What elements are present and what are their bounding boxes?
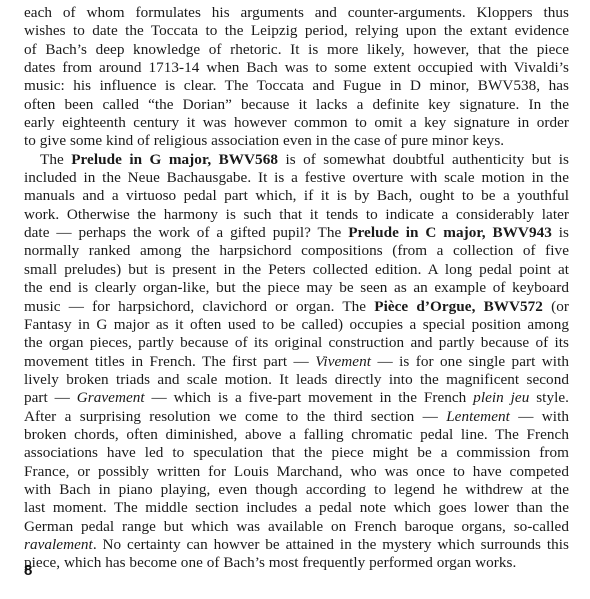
text-run: France, or possibly written for Louis Ma… <box>24 463 569 480</box>
text-line: work. Otherwise the harmony is such that… <box>24 206 569 224</box>
bold-work-title: Prelude in G major, BWV568 <box>71 151 278 168</box>
text-line: wishes to date the Toccata to the Leipzi… <box>24 22 569 40</box>
text-run: The <box>40 151 71 168</box>
text-run: After a surprising resolution we come to… <box>24 408 446 425</box>
text-run: — is for one single part with <box>371 353 569 370</box>
text-run: often been called “the Dorian” because i… <box>24 96 569 113</box>
text-line: ravalement. No certainty can howver be a… <box>24 536 569 554</box>
text-run: the organ pieces, partly because of its … <box>24 334 569 351</box>
italic-term: Gravement <box>77 389 145 406</box>
text-line: often been called “the Dorian” because i… <box>24 96 569 114</box>
text-run: movement titles in French. The first par… <box>24 353 315 370</box>
text-run: Fantasy in G major as it often used to b… <box>24 316 569 333</box>
text-line: small preludes) but is present in the Pe… <box>24 261 569 279</box>
text-line: manuals and a virtuoso pedal part which,… <box>24 187 569 205</box>
page-number: 8 <box>24 562 32 579</box>
text-line: Fantasy in G major as it often used to b… <box>24 316 569 334</box>
text-run: dates from around 1713-14 when Bach was … <box>24 59 569 76</box>
italic-term: plein jeu <box>473 389 529 406</box>
italic-term: Lentement <box>446 408 510 425</box>
text-run: . No certainty can howver be attained in… <box>93 536 569 553</box>
text-run: of Bach’s deep knowledge of rhetoric. It… <box>24 41 569 58</box>
text-run: date — perhaps the work of a gifted pupi… <box>24 224 348 241</box>
text-line: associations have led to speculation tha… <box>24 444 569 462</box>
text-line: date — perhaps the work of a gifted pupi… <box>24 224 569 242</box>
text-run: work. Otherwise the harmony is such that… <box>24 206 569 223</box>
paragraph: each of whom formulates his arguments an… <box>24 4 569 151</box>
text-line: After a surprising resolution we come to… <box>24 408 569 426</box>
text-line: movement titles in French. The first par… <box>24 353 569 371</box>
text-run: music: his influence is clear. The Tocca… <box>24 77 569 94</box>
text-run: the end is clearly organ-like, but the p… <box>24 279 569 296</box>
text-line: early eighteenth century it was however … <box>24 114 569 132</box>
text-run: broken chords, often diminished, above a… <box>24 426 569 443</box>
text-line: dates from around 1713-14 when Bach was … <box>24 59 569 77</box>
text-run: manuals and a virtuoso pedal part which,… <box>24 187 569 204</box>
text-run: associations have led to speculation tha… <box>24 444 569 461</box>
text-run: to give some kind of religious associati… <box>24 132 504 149</box>
text-line: music — for harpsichord, clavichord or o… <box>24 298 569 316</box>
text-line: The Prelude in G major, BWV568 is of som… <box>24 151 569 169</box>
text-line: France, or possibly written for Louis Ma… <box>24 463 569 481</box>
italic-term: ravalement <box>24 536 93 553</box>
text-run: early eighteenth century it was however … <box>24 114 569 131</box>
text-line: the end is clearly organ-like, but the p… <box>24 279 569 297</box>
italic-term: Vivement <box>315 353 371 370</box>
text-line: included in the Neue Bachausgabe. It is … <box>24 169 569 187</box>
text-line: part — Gravement — which is a five-part … <box>24 389 569 407</box>
text-line: with Bach in piano playing, even though … <box>24 481 569 499</box>
text-run: German pedal range but which was availab… <box>24 518 569 535</box>
text-run: music — for harpsichord, clavichord or o… <box>24 298 374 315</box>
paragraph: The Prelude in G major, BWV568 is of som… <box>24 151 569 573</box>
text-line: the organ pieces, partly because of its … <box>24 334 569 352</box>
bold-work-title: Pièce d’Orgue, BWV572 <box>374 298 543 315</box>
text-run: is of somewhat doubtful authenticity but… <box>278 151 569 168</box>
text-run: (or <box>543 298 569 315</box>
text-line: normally ranked among the harpsichord co… <box>24 242 569 260</box>
document-body: each of whom formulates his arguments an… <box>24 4 569 573</box>
text-run: lively broken triads and scale motion. I… <box>24 371 569 388</box>
text-run: normally ranked among the harpsichord co… <box>24 242 569 259</box>
text-run: small preludes) but is present in the Pe… <box>24 261 569 278</box>
text-line: lively broken triads and scale motion. I… <box>24 371 569 389</box>
text-run: style. <box>529 389 569 406</box>
text-run: last moment. The middle section includes… <box>24 499 569 516</box>
text-run: wishes to date the Toccata to the Leipzi… <box>24 22 569 39</box>
text-line: broken chords, often diminished, above a… <box>24 426 569 444</box>
text-line: last moment. The middle section includes… <box>24 499 569 517</box>
text-line: piece, which has become one of Bach’s mo… <box>24 554 569 572</box>
text-line: music: his influence is clear. The Tocca… <box>24 77 569 95</box>
bold-work-title: Prelude in C major, BWV943 <box>348 224 552 241</box>
text-line: German pedal range but which was availab… <box>24 518 569 536</box>
text-run: with Bach in piano playing, even though … <box>24 481 569 498</box>
text-line: to give some kind of religious associati… <box>24 132 569 150</box>
text-run: — with <box>510 408 569 425</box>
text-run: piece, which has become one of Bach’s mo… <box>24 554 516 571</box>
text-line: of Bach’s deep knowledge of rhetoric. It… <box>24 41 569 59</box>
text-run: each of whom formulates his arguments an… <box>24 4 569 21</box>
text-line: each of whom formulates his arguments an… <box>24 4 569 22</box>
text-run: part — <box>24 389 77 406</box>
text-run: included in the Neue Bachausgabe. It is … <box>24 169 569 186</box>
text-run: — which is a five-part movement in the F… <box>145 389 473 406</box>
text-run: is <box>552 224 569 241</box>
